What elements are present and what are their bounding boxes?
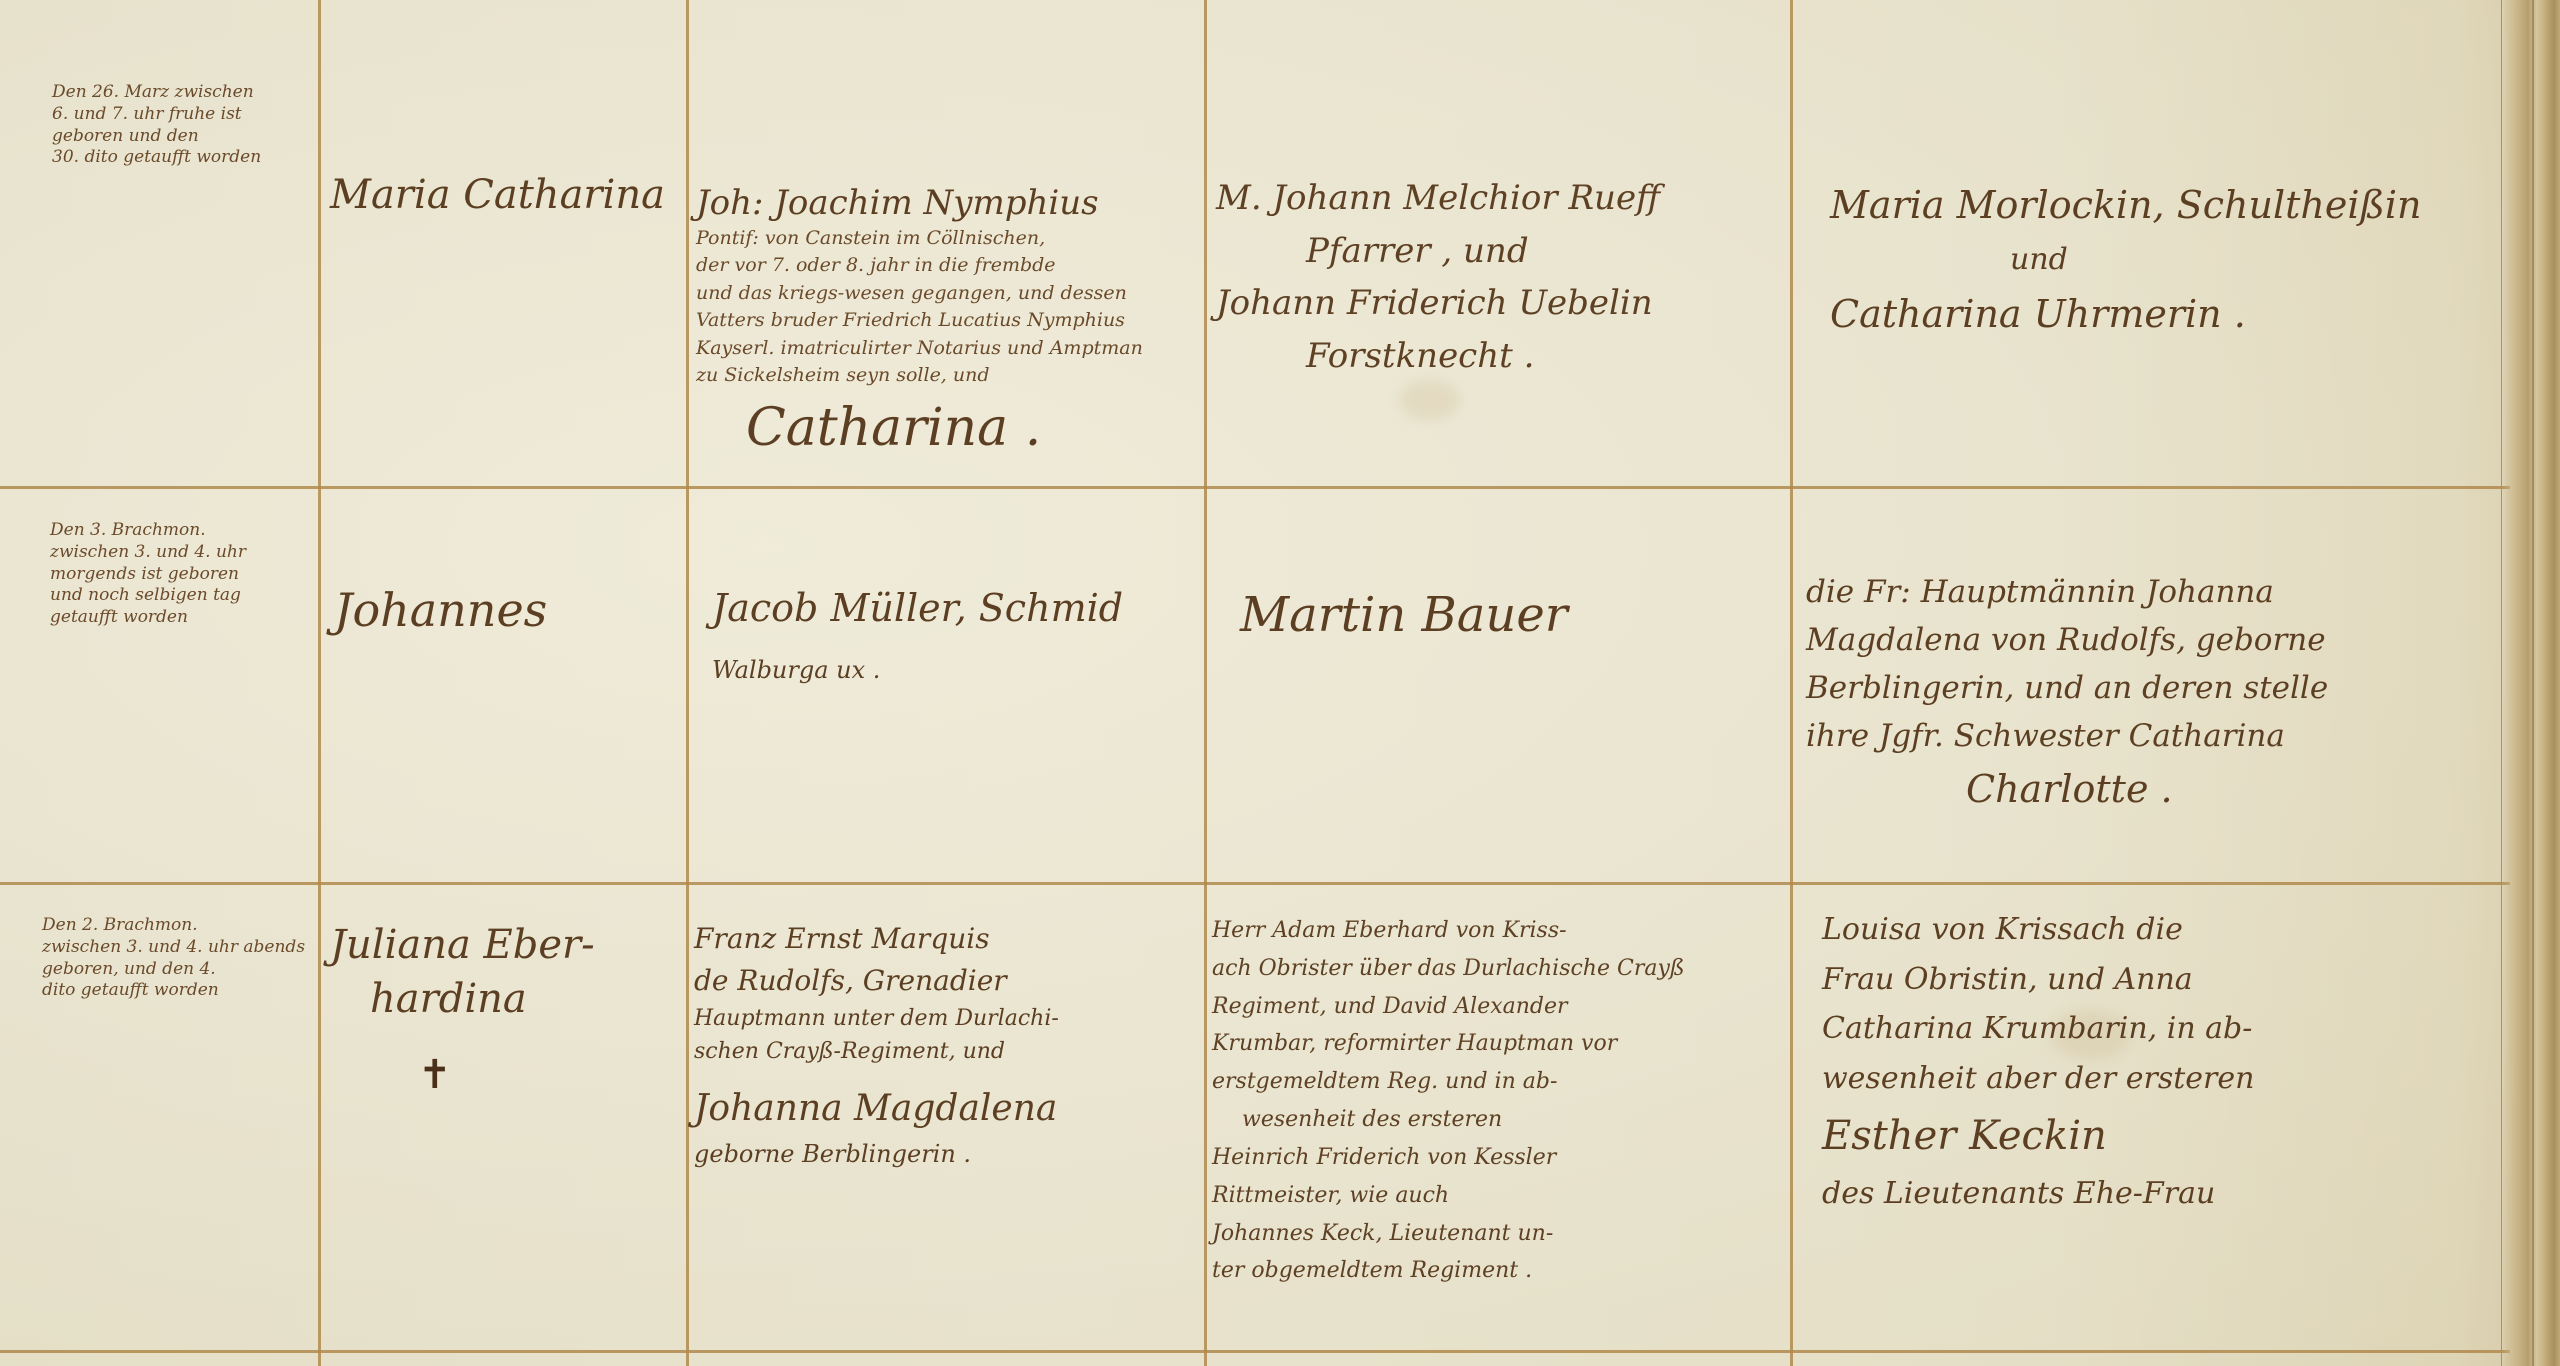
entry-2-godfathers: Martin Bauer <box>1240 585 1780 645</box>
parents-line: zu Sickelsheim seyn solle, und <box>696 362 1206 390</box>
date-line: getaufft worden <box>50 607 312 629</box>
child-name: hardina <box>370 972 680 1026</box>
entry-2-child-name: Johannes <box>334 582 684 640</box>
parents-line: der vor 7. oder 8. jahr in die frembde <box>696 252 1206 280</box>
parents-line: Hauptmann unter dem Durlachi- <box>694 1002 1204 1035</box>
godfather-line: Herr Adam Eberhard von Kriss- <box>1212 912 1792 950</box>
entry-3-godfathers: Herr Adam Eberhard von Kriss- ach Obrist… <box>1212 912 1792 1290</box>
column-rule-1 <box>318 0 321 1366</box>
godfather-line: Heinrich Friderich von Kessler <box>1212 1139 1792 1177</box>
godfather-line: Johann Friderich Uebelin <box>1216 277 1786 330</box>
parents-line: Kayserl. imatriculirter Notarius und Amp… <box>696 335 1206 363</box>
godmother-line: Berblingerin, und an deren stelle <box>1806 664 2506 712</box>
godmother-line: ihre Jgfr. Schwester Catharina <box>1806 712 2506 760</box>
row-rule-2 <box>0 882 2510 885</box>
row-rule-1 <box>0 486 2510 489</box>
godfather-line: Pfarrer , und <box>1306 225 1786 278</box>
parents-line: Vatters bruder Friedrich Lucatius Nymphi… <box>696 307 1206 335</box>
entry-1-godfathers: M. Johann Melchior Rueff Pfarrer , und J… <box>1216 172 1786 383</box>
godfather-line: Krumbar, reformirter Hauptman vor <box>1212 1025 1792 1063</box>
date-line: und noch selbigen tag <box>50 585 312 607</box>
godmother-line: wesenheit aber der ersteren <box>1822 1054 2502 1104</box>
godfather-line: erstgemeldtem Reg. und in ab- <box>1212 1063 1792 1101</box>
parents-line: und das kriegs-wesen gegangen, und desse… <box>696 280 1206 308</box>
parents-line: Franz Ernst Marquis <box>694 918 1204 960</box>
date-line: zwischen 3. und 4. uhr abends <box>42 937 314 959</box>
godfather-line: M. Johann Melchior Rueff <box>1216 172 1786 225</box>
godmother-line: Frau Obristin, und Anna <box>1822 955 2502 1005</box>
register-page: Den 26. Marz zwischen 6. und 7. uhr fruh… <box>0 0 2560 1366</box>
entry-3-parents: Franz Ernst Marquis de Rudolfs, Grenadie… <box>694 918 1204 1172</box>
godmother-line: und <box>2010 236 2470 284</box>
date-line: zwischen 3. und 4. uhr <box>50 542 312 564</box>
date-line: Den 3. Brachmon. <box>50 520 312 542</box>
parents-line: de Rudolfs, Grenadier <box>694 960 1204 1002</box>
godfather-line: ach Obrister über das Durlachische Crayß <box>1212 950 1792 988</box>
entry-3-date-note: Den 2. Brachmon. zwischen 3. und 4. uhr … <box>42 915 314 1002</box>
mother-name: Walburga ux . <box>712 655 1202 685</box>
child-name: Johannes <box>334 582 684 640</box>
date-line: 6. und 7. uhr fruhe ist <box>52 104 314 126</box>
mother-name: geborne Berblingerin . <box>694 1136 1204 1172</box>
godmother-line: Magdalena von Rudolfs, geborne <box>1806 616 2506 664</box>
date-line: morgends ist geboren <box>50 564 312 586</box>
entry-1-parents: Joh: Joachim Nymphius Pontif: von Canste… <box>696 182 1206 461</box>
mother-name: Catharina . <box>746 396 1206 461</box>
godfather-line: ter obgemeldtem Regiment . <box>1212 1252 1792 1290</box>
godmother-line: die Fr: Hauptmännin Johanna <box>1806 568 2506 616</box>
godmother-line: Charlotte . <box>1966 760 2506 819</box>
parents-line: Pontif: von Canstein im Cöllnischen, <box>696 225 1206 253</box>
godmother-line: des Lieutenants Ehe-Frau <box>1822 1169 2502 1219</box>
child-name: Juliana Eber- <box>330 918 680 972</box>
child-name: Maria Catharina <box>330 170 686 220</box>
date-line: geboren, und den 4. <box>42 959 314 981</box>
godfather-line: Regiment, und David Alexander <box>1212 988 1792 1026</box>
godmother-line: Maria Morlockin, Schultheißin <box>1830 175 2470 236</box>
godfather-line: Martin Bauer <box>1240 585 1780 645</box>
death-cross-icon: ✝ <box>418 1052 452 1098</box>
entry-1-date-note: Den 26. Marz zwischen 6. und 7. uhr fruh… <box>52 82 314 169</box>
godmother-line: Catharina Krumbarin, in ab- <box>1822 1004 2502 1054</box>
entry-2-date-note: Den 3. Brachmon. zwischen 3. und 4. uhr … <box>50 520 312 629</box>
paper-stain <box>1400 380 1460 420</box>
entry-2-godmothers: die Fr: Hauptmännin Johanna Magdalena vo… <box>1806 568 2506 819</box>
date-line: dito getaufft worden <box>42 980 314 1002</box>
godfather-line: Johannes Keck, Lieutenant un- <box>1212 1215 1792 1253</box>
godfather-line: wesenheit des ersteren <box>1242 1101 1792 1139</box>
godfather-line: Rittmeister, wie auch <box>1212 1177 1792 1215</box>
father-name: Joh: Joachim Nymphius <box>696 182 1206 225</box>
godfather-line: Forstknecht . <box>1306 330 1786 383</box>
date-line: geboren und den <box>52 126 314 148</box>
godmother-line: Louisa von Krissach die <box>1822 905 2502 955</box>
column-rule-2 <box>686 0 689 1366</box>
date-line: Den 26. Marz zwischen <box>52 82 314 104</box>
parents-line: schen Crayß-Regiment, und <box>694 1035 1204 1068</box>
entry-1-child-name: Maria Catharina <box>330 170 686 220</box>
entry-3-godmothers: Louisa von Krissach die Frau Obristin, u… <box>1822 905 2502 1219</box>
entry-2-parents: Jacob Müller, Schmid Walburga ux . <box>712 585 1202 685</box>
date-line: 30. dito getaufft worden <box>52 147 314 169</box>
father-name: Jacob Müller, Schmid <box>712 585 1202 633</box>
mother-name: Johanna Magdalena <box>694 1082 1204 1136</box>
godmother-line: Catharina Uhrmerin . <box>1830 284 2470 345</box>
date-line: Den 2. Brachmon. <box>42 915 314 937</box>
entry-3-child-name: Juliana Eber- hardina <box>330 918 680 1026</box>
entry-1-godmothers: Maria Morlockin, Schultheißin und Cathar… <box>1830 175 2470 345</box>
row-rule-3 <box>0 1350 2510 1353</box>
book-binding-gutter <box>2501 0 2560 1366</box>
godmother-line: Esther Keckin <box>1822 1103 2502 1169</box>
